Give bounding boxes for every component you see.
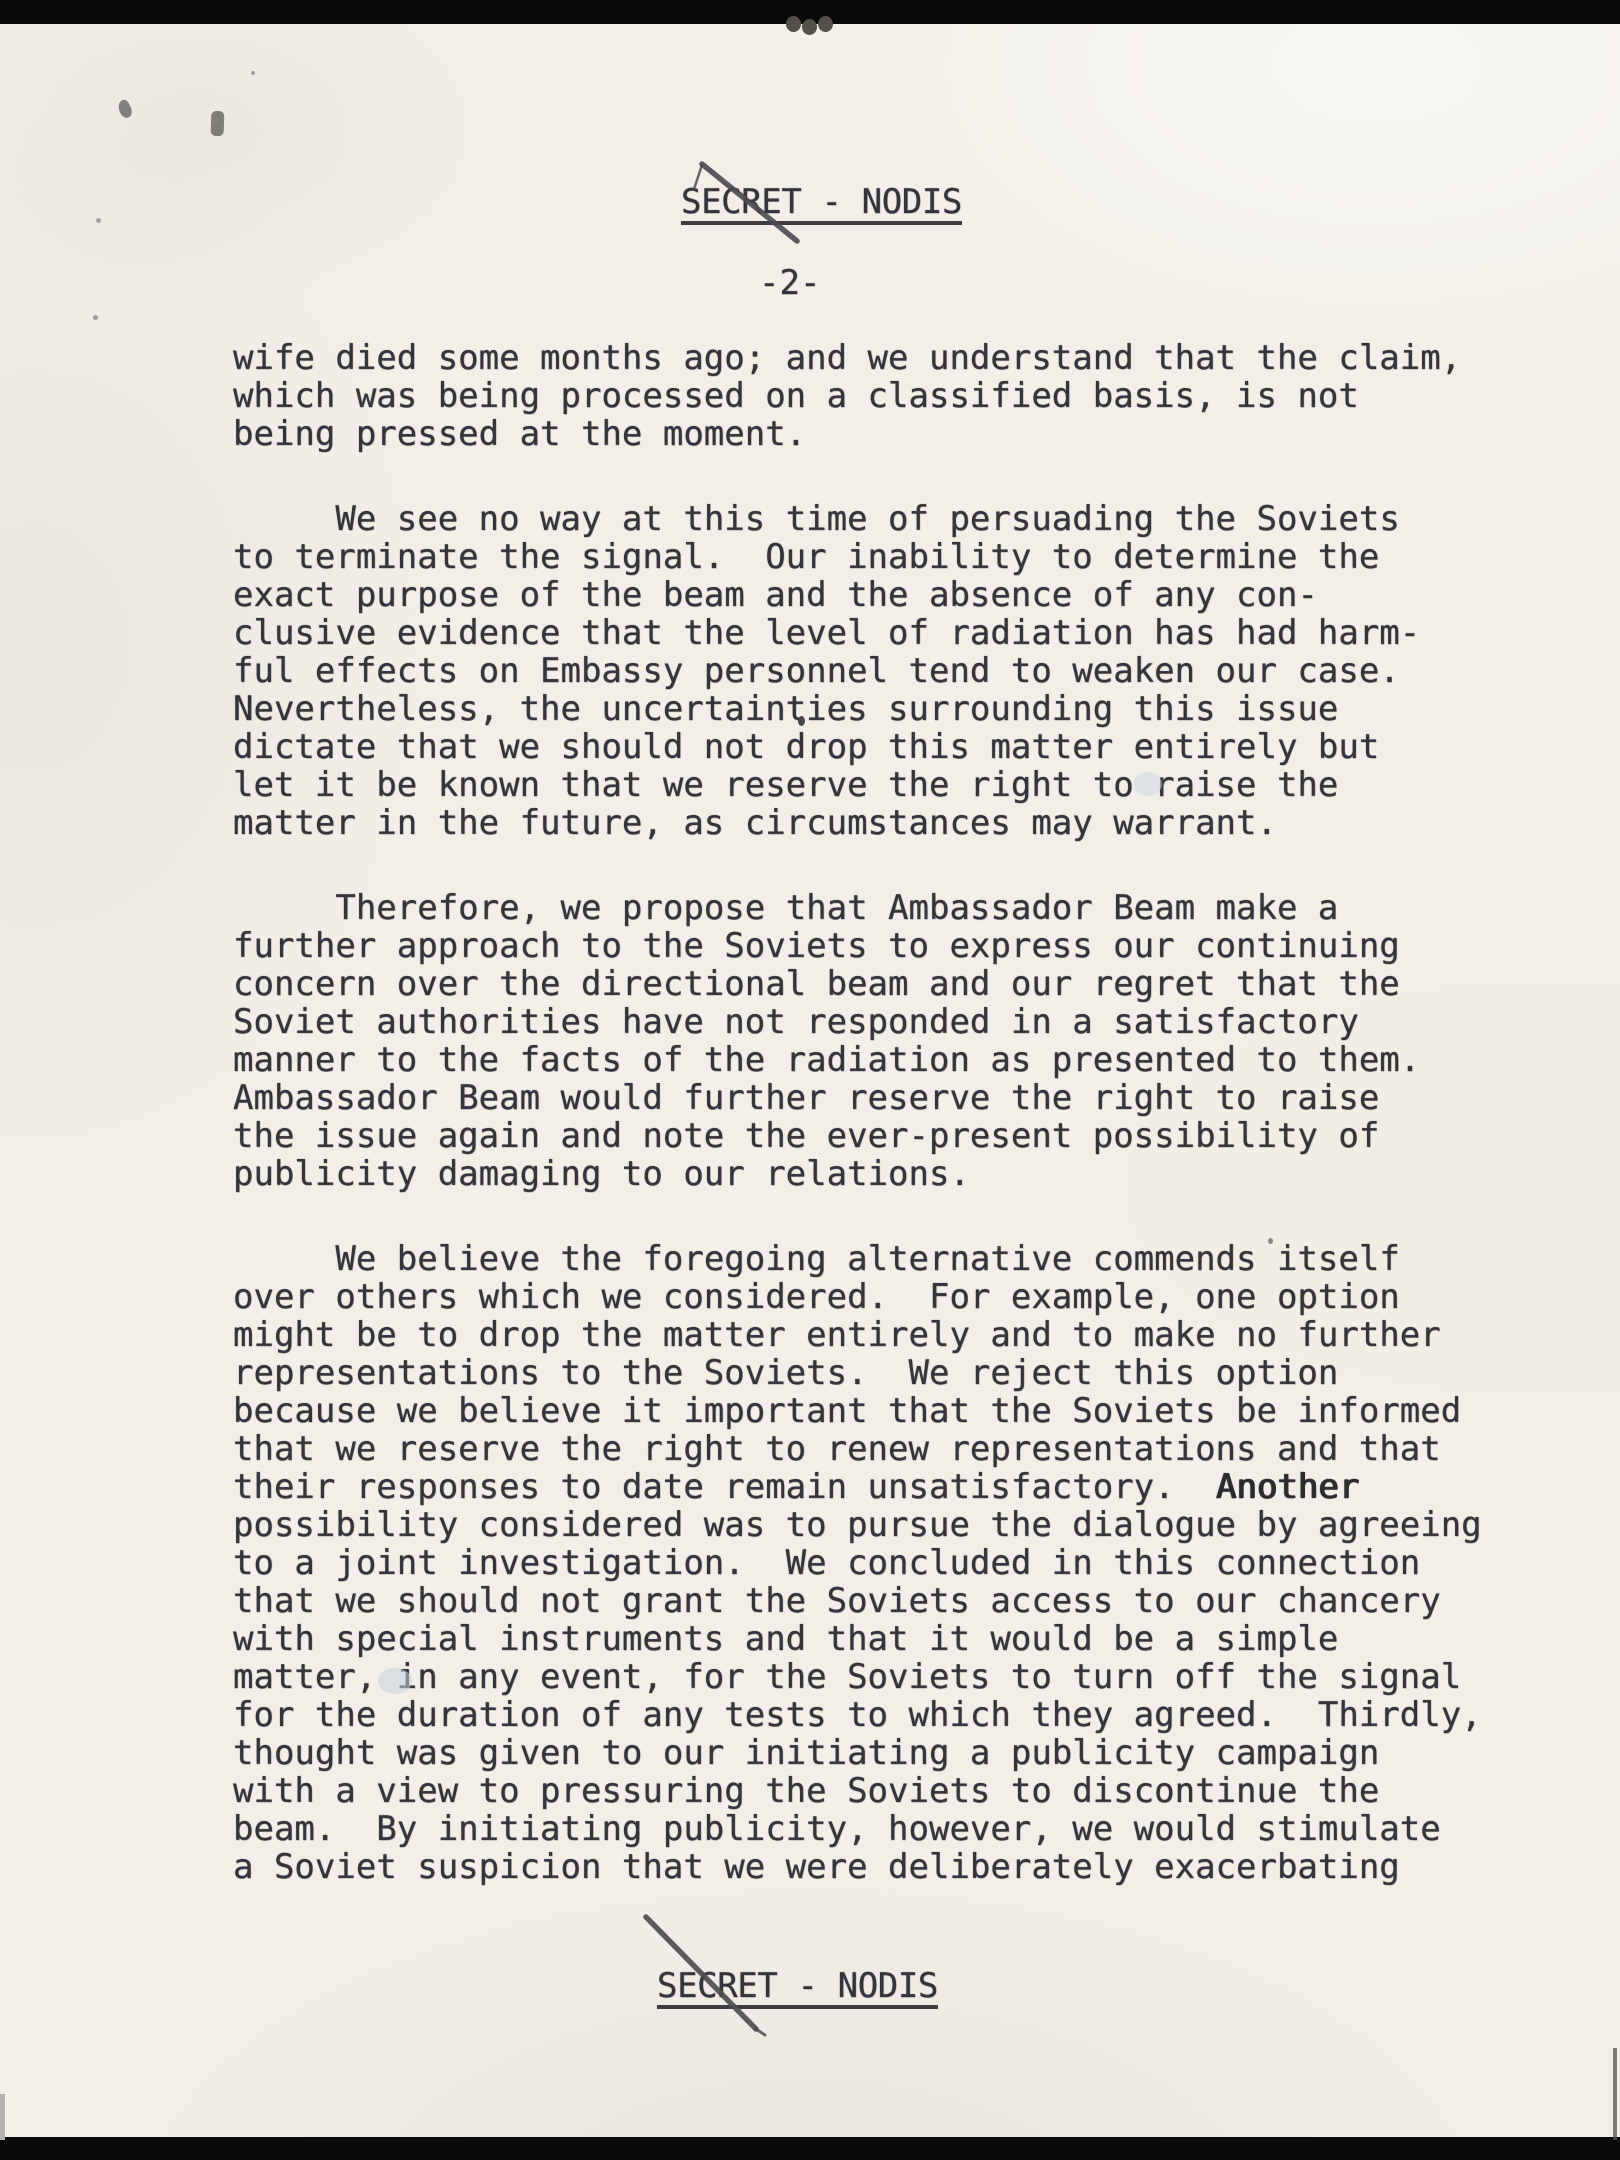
scan-speck bbox=[115, 98, 134, 120]
scan-edge-artifact bbox=[1613, 2048, 1617, 2140]
scanned-document-page: SECRET - NODIS -2- wife died some months… bbox=[0, 0, 1620, 2160]
footer-slash-hook bbox=[756, 2029, 765, 2035]
correction-smudge bbox=[378, 1668, 412, 1694]
paragraph-2: We see no way at this time of persuading… bbox=[233, 500, 1563, 842]
classification-footer: SECRET - NODIS bbox=[657, 1967, 938, 2009]
scan-edge-artifact bbox=[0, 2094, 5, 2140]
paragraph-3: Therefore, we propose that Ambassador Be… bbox=[233, 889, 1563, 1193]
stray-ink-dot bbox=[798, 716, 805, 726]
paragraph-1: wife died some months ago; and we unders… bbox=[233, 339, 1563, 453]
scan-edge-bar-bottom bbox=[0, 2137, 1620, 2160]
scan-speck bbox=[251, 71, 255, 75]
overstruck-word: Another bbox=[1216, 1468, 1359, 1506]
document-body: wife died some months ago; and we unders… bbox=[233, 339, 1563, 1886]
classification-header: SECRET - NODIS bbox=[681, 183, 962, 225]
classification-footer-text: SECRET - NODIS bbox=[657, 1967, 938, 2009]
scan-speck bbox=[93, 315, 98, 320]
classification-header-text: SECRET - NODIS bbox=[681, 183, 962, 225]
scan-speck bbox=[96, 218, 101, 223]
page-number: -2- bbox=[759, 264, 820, 302]
stray-ink-dot bbox=[1268, 1238, 1273, 1244]
scan-speck bbox=[211, 111, 225, 136]
correction-smudge bbox=[1134, 772, 1162, 796]
paragraph-4: We believe the foregoing alternative com… bbox=[233, 1240, 1563, 1886]
